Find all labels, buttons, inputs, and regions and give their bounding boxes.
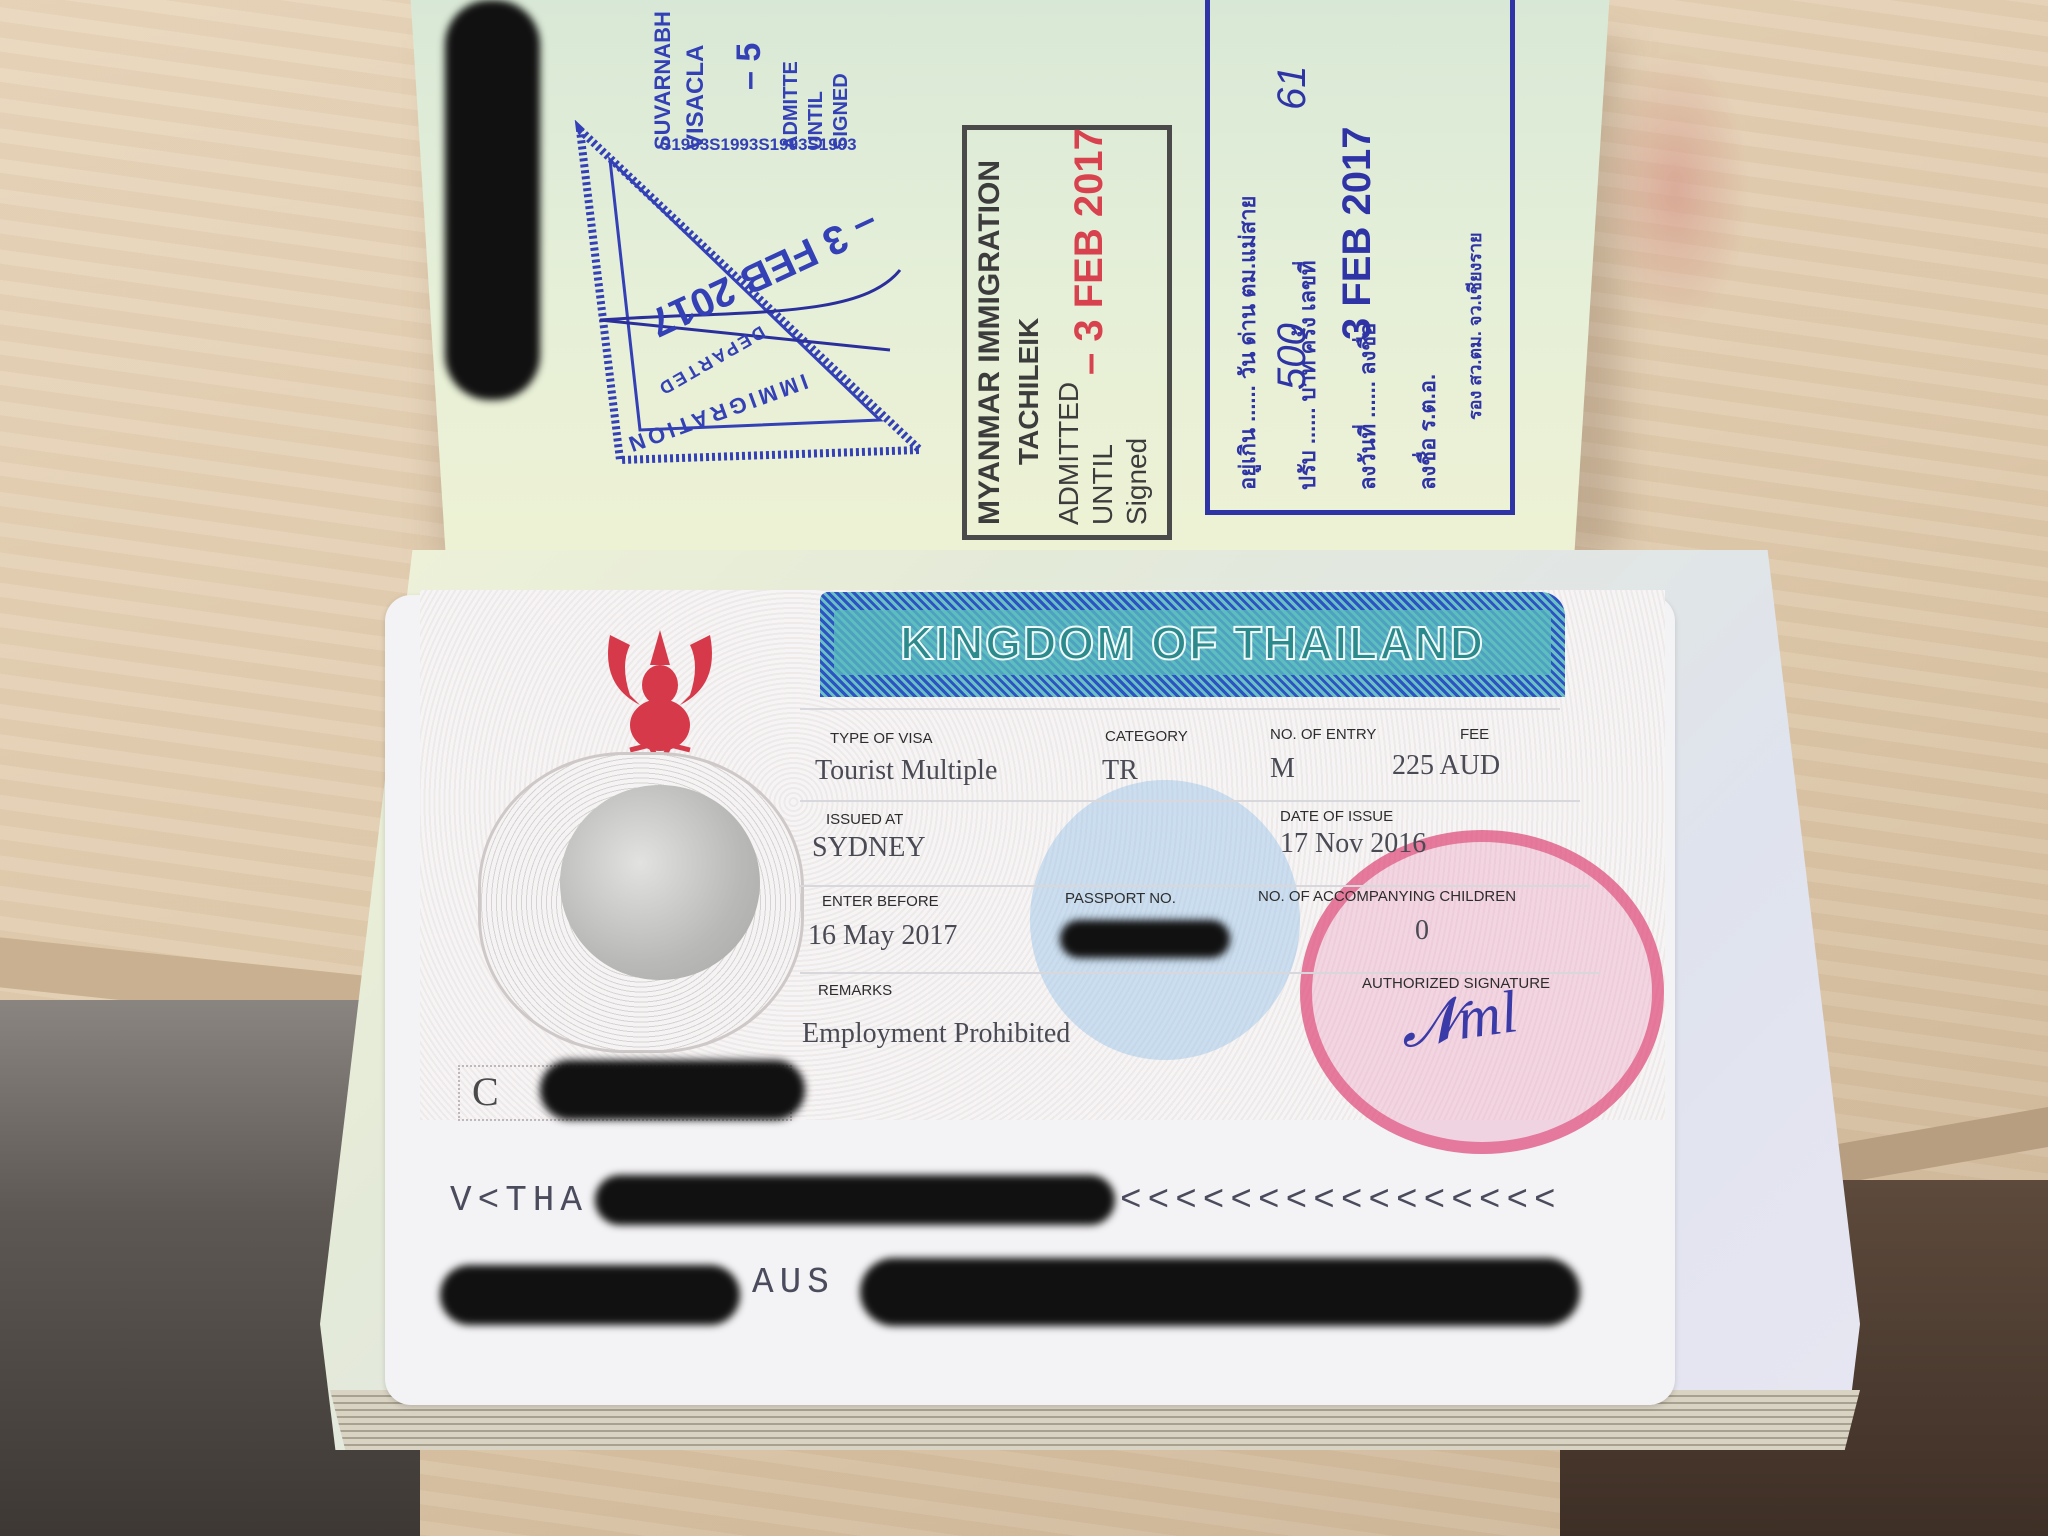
thai-overstay-fine-stamp: อยู่เกิน ...... วัน ด่าน ตม.แม่สาย ปรับ … — [1205, 0, 1515, 515]
enter-before-value: 16 May 2017 — [808, 920, 957, 952]
stamp-line: ลงวันที่ ...... ลงชื่อ — [1350, 323, 1385, 490]
stamp-line: UNTIL — [1087, 444, 1119, 525]
category-value: TR — [1102, 755, 1138, 787]
stamp-line: – 5 — [730, 43, 769, 90]
no-of-entry-value: M — [1270, 753, 1295, 785]
issued-at-label: ISSUED AT — [826, 811, 903, 828]
mrz-line-1-end: <<<<<<<<<<<<<<<< — [1120, 1180, 1562, 1221]
stamp-line: MYANMAR IMMIGRATION — [973, 160, 1007, 525]
mrz-redaction — [440, 1265, 740, 1325]
fee-label: FEE — [1460, 726, 1489, 743]
divider — [800, 708, 1560, 710]
date-of-issue-value: 17 Nov 2016 — [1280, 828, 1426, 860]
control-number-prefix: C — [472, 1068, 499, 1115]
remarks-value: Employment Prohibited — [802, 1018, 1070, 1050]
visa-banner: KINGDOM OF THAILAND — [820, 592, 1565, 697]
stamp-line: TACHILEIK — [1013, 318, 1045, 465]
stamp-line: ADMITTED — [1053, 382, 1085, 525]
divider — [800, 885, 1590, 887]
visa-title: KINGDOM OF THAILAND — [820, 616, 1565, 670]
mrz-line-1-start: V<THA — [450, 1180, 588, 1221]
control-number-redaction — [540, 1060, 805, 1120]
stamp-line: รอง สว.ตม. จว.เชียงราย — [1460, 232, 1489, 420]
remarks-label: REMARKS — [818, 982, 892, 999]
category-label: CATEGORY — [1105, 728, 1188, 745]
type-of-visa-label: TYPE OF VISA — [830, 730, 933, 747]
fee-value: 225 AUD — [1392, 750, 1500, 782]
myanmar-immigration-stamp: MYANMAR IMMIGRATION TACHILEIK ADMITTED U… — [962, 125, 1172, 540]
mrz-line-2-country: AUS — [752, 1262, 835, 1303]
no-of-entry-label: NO. OF ENTRY — [1270, 726, 1376, 743]
redaction — [445, 0, 540, 400]
handwritten-number: 61 — [1270, 66, 1315, 111]
passport-no-label: PASSPORT NO. — [1065, 890, 1176, 907]
date-of-issue-label: DATE OF ISSUE — [1280, 808, 1393, 825]
divider — [800, 972, 1600, 974]
stamp-line: ลงชื่อ ร.ต.อ. — [1410, 374, 1445, 490]
stamp-date: 3 FEB 2017 — [1335, 127, 1380, 340]
enter-before-label: ENTER BEFORE — [822, 893, 939, 910]
passport-no-redaction — [1060, 920, 1230, 958]
children-value: 0 — [1415, 915, 1429, 947]
stamp-line: อยู่เกิน ...... วัน ด่าน ตม.แม่สาย — [1230, 196, 1265, 490]
handwritten-amount: 500 — [1270, 323, 1315, 390]
mrz-redaction — [860, 1258, 1580, 1326]
issued-at-value: SYDNEY — [812, 832, 926, 864]
stamp-date: – 3 FEB 2017 — [1067, 128, 1112, 375]
page-pattern — [1600, 50, 1750, 330]
mrz-redaction — [595, 1175, 1115, 1225]
children-label: NO. OF ACCOMPANYING CHILDREN — [1258, 888, 1516, 905]
type-of-visa-value: Tourist Multiple — [815, 755, 997, 787]
stamp-line: Signed — [1121, 438, 1153, 525]
divider — [800, 800, 1580, 802]
hologram-seal — [560, 785, 760, 980]
